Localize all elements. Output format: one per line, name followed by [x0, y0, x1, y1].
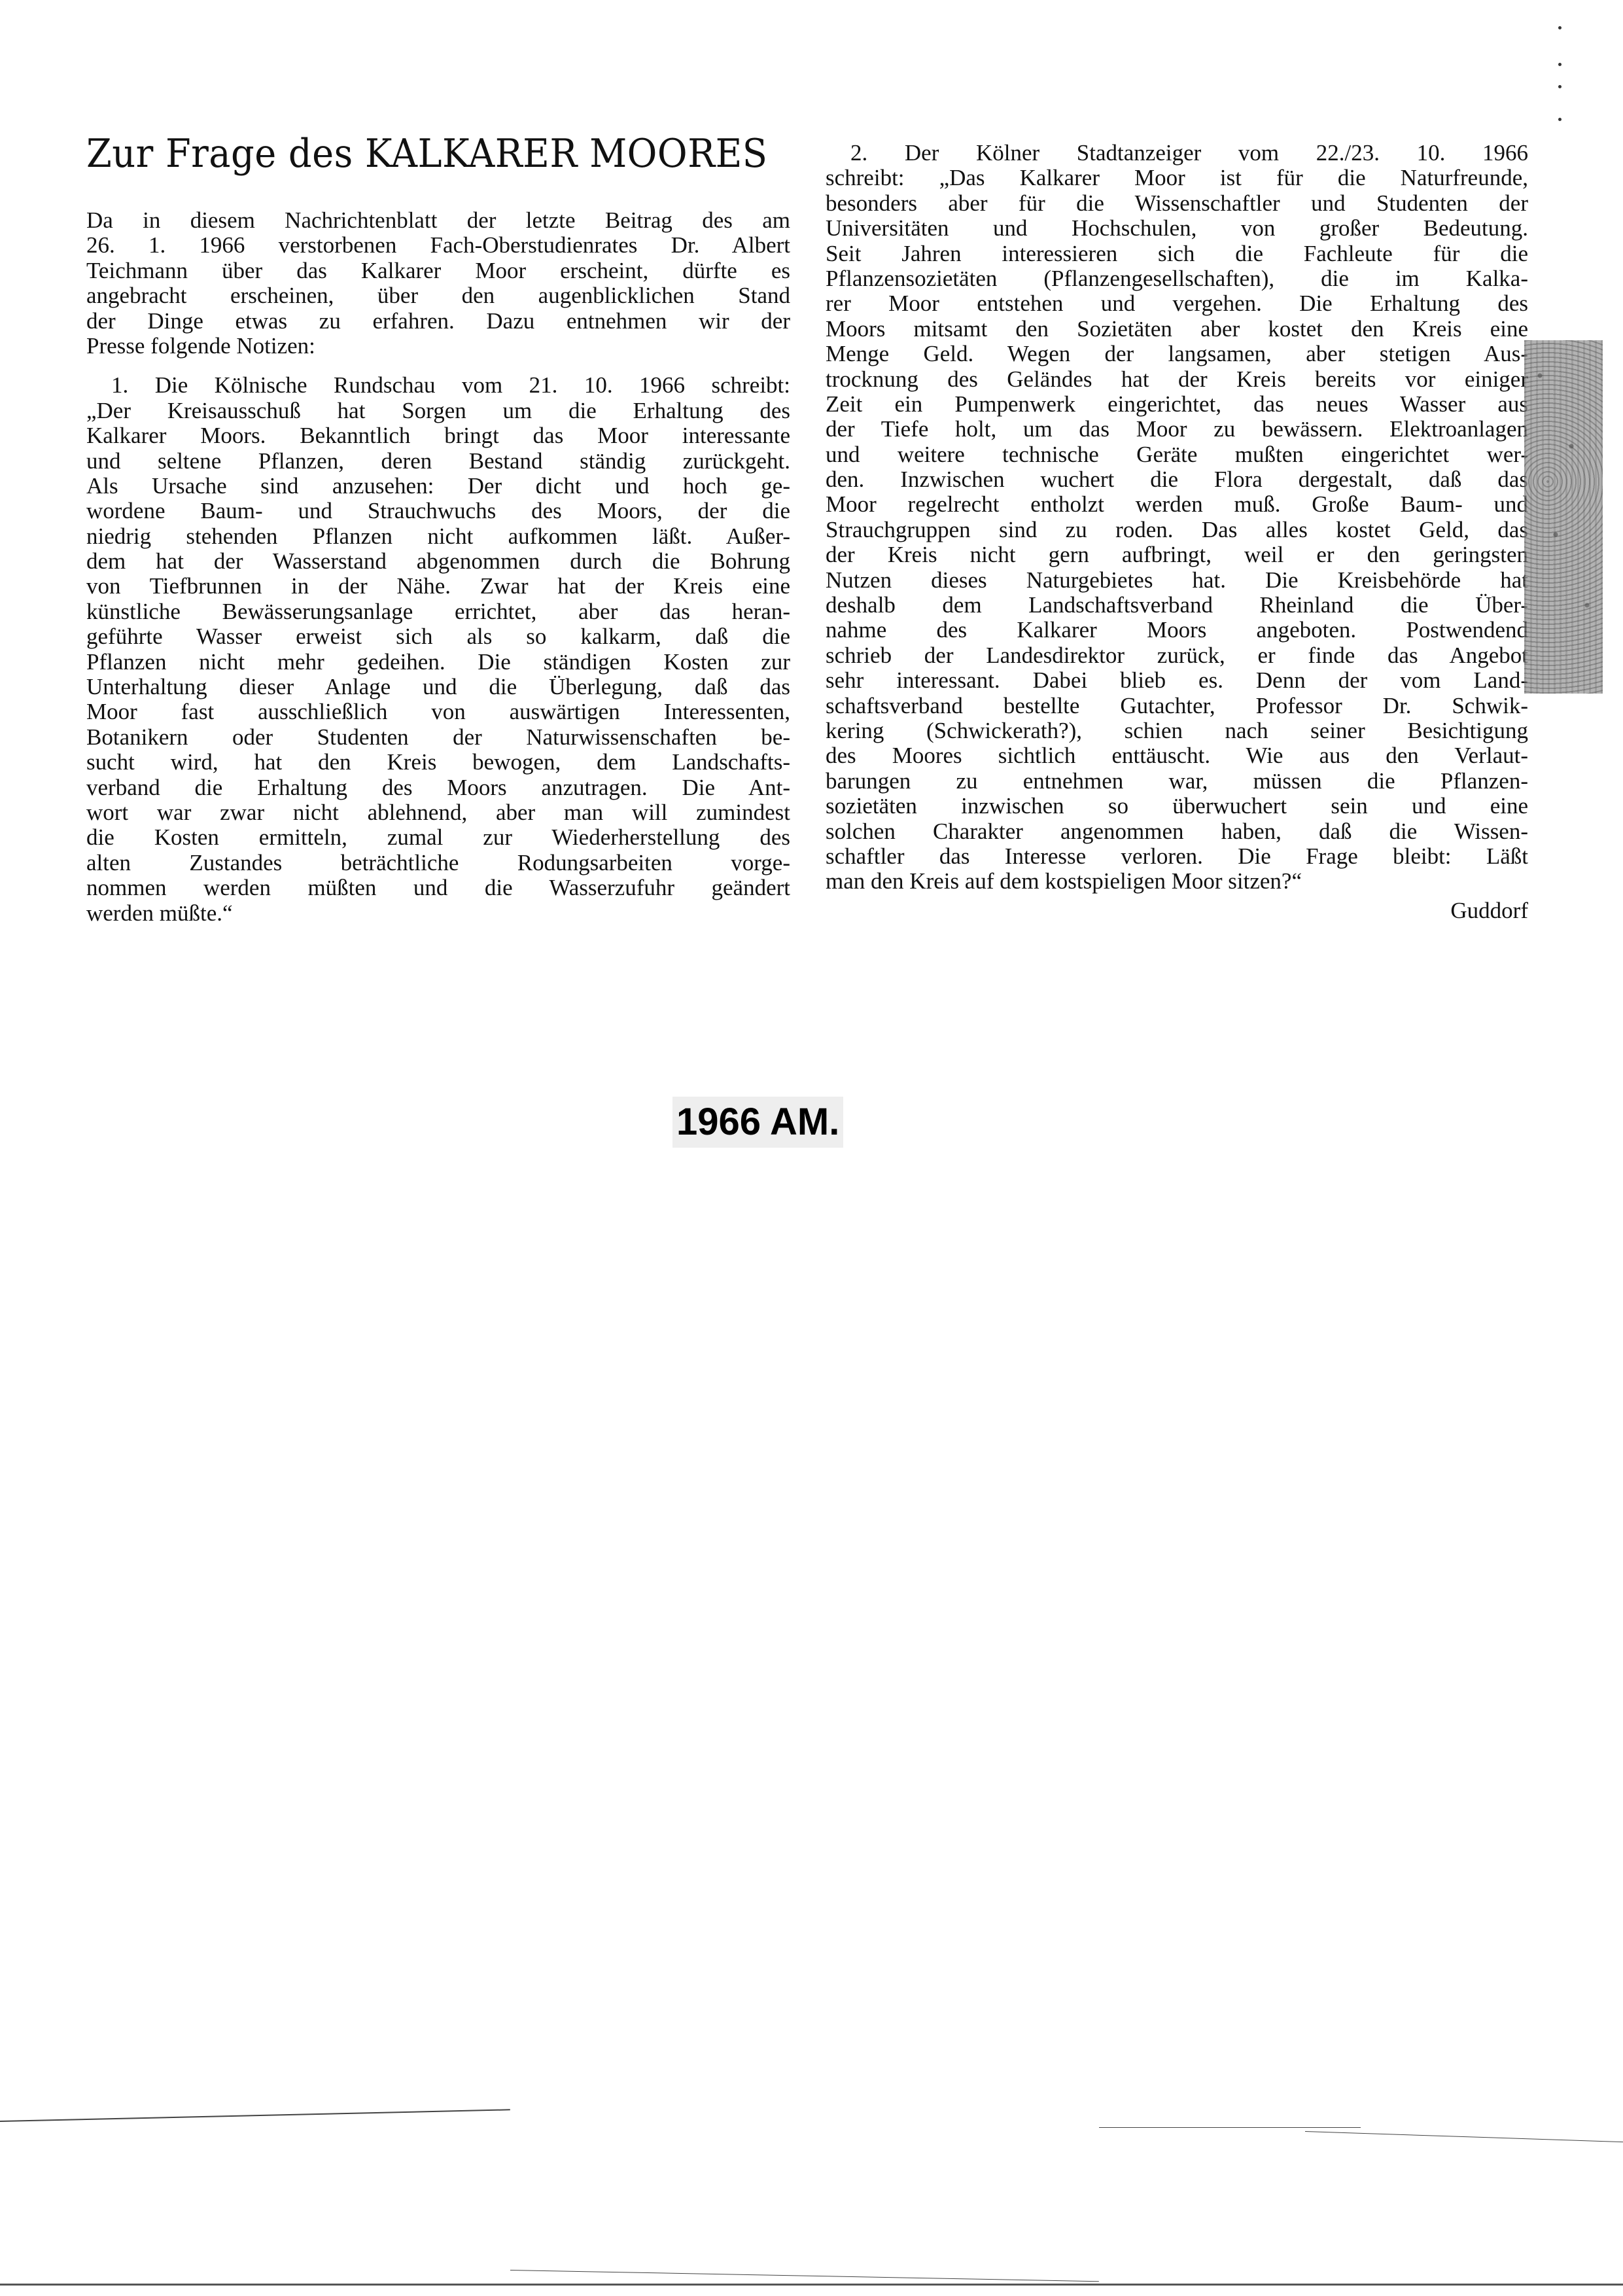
text-line: Strauchgruppen sind zu roden. Das alles …: [826, 518, 1528, 542]
text-line: „Der Kreisausschuß hat Sorgen um die Erh…: [86, 398, 790, 423]
text-line: Universitäten und Hochschulen, von große…: [826, 216, 1528, 241]
text-line: und seltene Pflanzen, deren Bestand stän…: [86, 449, 790, 474]
left-column: Da in diesem Nachrichtenblatt der letzte…: [86, 208, 790, 926]
text-line: werden müßte.“: [86, 901, 790, 926]
text-line: Unterhaltung dieser Anlage und die Überl…: [86, 675, 790, 699]
article-title: Zur Frage des KALKARER MOORES: [86, 131, 743, 177]
text-line: Botanikern oder Studenten der Naturwisse…: [86, 725, 790, 750]
text-line: alten Zustandes beträchtliche Rodungsarb…: [86, 851, 790, 875]
text-line: der Dinge etwas zu erfahren. Dazu entneh…: [86, 309, 790, 334]
text-line: sehr interessant. Dabei blieb es. Denn d…: [826, 668, 1528, 693]
item-1-paragraph: 1. Die Kölnische Rundschau vom 21. 10. 1…: [86, 373, 790, 926]
paper-edge-line: [510, 2270, 1099, 2282]
text-line: Da in diesem Nachrichtenblatt der letzte…: [86, 208, 790, 233]
text-line: man den Kreis auf dem kostspieligen Moor…: [826, 869, 1528, 894]
text-line: des Moores sichtlich enttäuscht. Wie aus…: [826, 743, 1528, 768]
text-line: der Tiefe holt, um das Moor zu bewässern…: [826, 417, 1528, 442]
text-line: trocknung des Geländes hat der Kreis ber…: [826, 367, 1528, 392]
text-line: und weitere technische Geräte mußten ein…: [826, 442, 1528, 467]
text-line: dem hat der Wasserstand abgenommen durch…: [86, 549, 790, 574]
text-line: Nutzen dieses Naturgebietes hat. Die Kre…: [826, 568, 1528, 593]
text-line: wordene Baum- und Strauchwuchs des Moors…: [86, 499, 790, 523]
text-line: besonders aber für die Wissenschaftler u…: [826, 191, 1528, 216]
text-line: nahme des Kalkarer Moors angeboten. Post…: [826, 618, 1528, 643]
text-line: nommen werden müßten und die Wasserzufuh…: [86, 875, 790, 900]
year-stamp-label: 1966 AM.: [672, 1097, 843, 1148]
author-signature: Guddorf: [826, 898, 1528, 923]
text-line: schaftsverband bestellte Gutachter, Prof…: [826, 694, 1528, 718]
text-line: künstliche Bewässerungsanlage errichtet,…: [86, 599, 790, 624]
text-line: Moor fast ausschließlich von auswärtigen…: [86, 699, 790, 724]
scan-noise-artifact: [1524, 340, 1603, 694]
text-line: Kalkarer Moors. Bekanntlich bringt das M…: [86, 423, 790, 448]
text-line: Teichmann über das Kalkarer Moor erschei…: [86, 258, 790, 283]
item-2-paragraph: 2. Der Kölner Stadtanzeiger vom 22./23. …: [826, 141, 1528, 894]
paper-edge-line: [1099, 2127, 1361, 2128]
text-line: Seit Jahren interessieren sich die Fachl…: [826, 241, 1528, 266]
text-line: Presse folgende Notizen:: [86, 334, 790, 359]
text-line: geführte Wasser erweist sich als so kalk…: [86, 624, 790, 649]
text-line: angebracht erscheinen, über den augenbli…: [86, 283, 790, 308]
text-line: Moors mitsamt den Sozietäten aber kostet…: [826, 317, 1528, 342]
text-line: der Kreis nicht gern aufbringt, weil er …: [826, 542, 1528, 567]
text-line: Als Ursache sind anzusehen: Der dicht un…: [86, 474, 790, 499]
text-line: den. Inzwischen wuchert die Flora derges…: [826, 467, 1528, 492]
text-line: sucht wird, hat den Kreis bewogen, dem L…: [86, 750, 790, 775]
text-line: 26. 1. 1966 verstorbenen Fach-Oberstudie…: [86, 233, 790, 258]
right-column: 2. Der Kölner Stadtanzeiger vom 22./23. …: [826, 141, 1528, 923]
paper-bottom-edge: [0, 2284, 1623, 2286]
text-line: wort war zwar nicht ablehnend, aber man …: [86, 800, 790, 825]
text-line: schrieb der Landesdirektor zurück, er fi…: [826, 643, 1528, 668]
paragraph-gap: [86, 359, 790, 373]
text-line: verband die Erhaltung des Moors anzutrag…: [86, 775, 790, 800]
text-line: niedrig stehenden Pflanzen nicht aufkomm…: [86, 524, 790, 549]
paper-edge-line: [1305, 2131, 1623, 2142]
scanned-page: Zur Frage des KALKARER MOORES Da in dies…: [0, 0, 1623, 2296]
text-line: kering (Schwickerath?), schien nach sein…: [826, 718, 1528, 743]
text-line: Moor regelrecht entholzt werden muß. Gro…: [826, 492, 1528, 517]
text-line: die Kosten ermitteln, zumal zur Wiederhe…: [86, 825, 790, 850]
text-line: von Tiefbrunnen in der Nähe. Zwar hat de…: [86, 574, 790, 599]
paper-edge-line: [0, 2109, 510, 2122]
text-line: schaftler das Interesse verloren. Die Fr…: [826, 844, 1528, 869]
text-line: Menge Geld. Wegen der langsamen, aber st…: [826, 342, 1528, 366]
scan-dust-marks: [1558, 20, 1562, 131]
text-line: Pflanzen nicht mehr gedeihen. Die ständi…: [86, 650, 790, 675]
text-line: solchen Charakter angenommen haben, daß …: [826, 819, 1528, 844]
text-line: barungen zu entnehmen war, müssen die Pf…: [826, 769, 1528, 794]
text-line: sozietäten inzwischen so überwuchert sei…: [826, 794, 1528, 819]
text-line: 1. Die Kölnische Rundschau vom 21. 10. 1…: [86, 373, 790, 398]
text-line: schreibt: „Das Kalkarer Moor ist für die…: [826, 166, 1528, 190]
text-line: Zeit ein Pumpenwerk eingerichtet, das ne…: [826, 392, 1528, 417]
text-line: Pflanzensozietäten (Pflanzengesellschaft…: [826, 266, 1528, 291]
text-line: 2. Der Kölner Stadtanzeiger vom 22./23. …: [826, 141, 1528, 166]
text-line: rer Moor entstehen und vergehen. Die Erh…: [826, 291, 1528, 316]
intro-paragraph: Da in diesem Nachrichtenblatt der letzte…: [86, 208, 790, 359]
text-line: deshalb dem Landschaftsverband Rheinland…: [826, 593, 1528, 618]
